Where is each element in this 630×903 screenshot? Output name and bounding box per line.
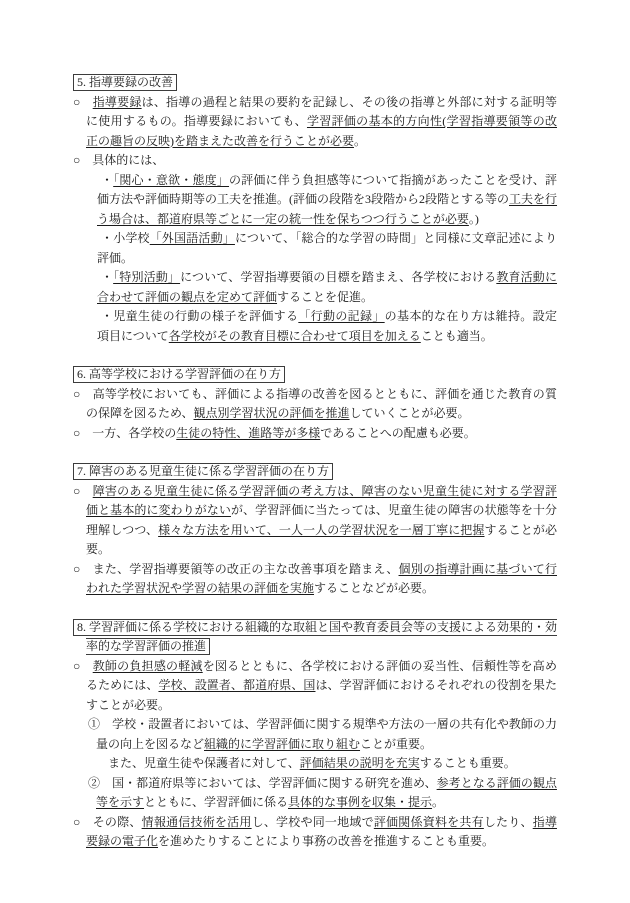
- paragraph: ○ その際、情報通信技術を活用し、学校や同一地域で評価関係資料を共有したり、指導…: [73, 813, 557, 852]
- paragraph: ○ また、学習指導要領等の改正の主な改善事項を踏まえ、個別の指導計画に基づいて行…: [73, 560, 557, 599]
- section-heading-row: 7. 障害のある児童生徒に係る学習評価の在り方: [73, 462, 557, 482]
- text-run: することも重要。: [420, 756, 516, 770]
- section-7: 7. 障害のある児童生徒に係る学習評価の在り方○ 障害のある児童生徒に係る学習評…: [73, 462, 557, 599]
- dot-marker: ・: [101, 309, 113, 323]
- paragraph: ○ 指導要録は、指導の過程と結果の要約を記録し、その後の指導と外部に対する証明等…: [73, 93, 557, 152]
- underlined-text: 学校、設置者、都道府県、国: [158, 678, 315, 692]
- document-page: { "page": { "background_color": "#ffffff…: [0, 0, 630, 903]
- circle-marker: ○: [73, 387, 93, 401]
- circle-marker: ○: [73, 153, 92, 167]
- paragraph: ・「特別活動」について、学習指導要領の目標を踏まえ、各学校における教育活動に合わ…: [73, 268, 557, 307]
- dot-marker: ・: [101, 173, 113, 187]
- underlined-text: 様々な方法を用いて、一人一人の学習状況を一層丁寧に把握: [158, 523, 484, 537]
- paragraph: また、児童生徒や保護者に対して、評価結果の説明を充実することも重要。: [73, 754, 557, 774]
- text-run: 児童生徒の行動の様子を評価する: [113, 309, 298, 323]
- paragraph: ○ 高等学校においても、評価による指導の改善を図るとともに、評価を通じた教育の質…: [73, 385, 557, 424]
- underlined-text: 各学校がその教育目標に合わせて項目を加える: [169, 329, 421, 343]
- circle-marker: ○: [73, 659, 93, 673]
- text-run: したり、: [484, 815, 533, 829]
- paragraph: ○ 具体的には、: [73, 151, 557, 171]
- number-marker: ①: [88, 717, 112, 731]
- text-run: であることへの配慮も必要。: [320, 426, 476, 440]
- text-run: とともに、学習評価に係る: [144, 795, 288, 809]
- section-heading: 6. 高等学校における学習評価の在り方: [73, 366, 285, 383]
- dot-marker: ・: [101, 231, 113, 245]
- paragraph: ・児童生徒の行動の様子を評価する「行動の記録」の基本的な在り方は維持。設定項目に…: [73, 307, 557, 346]
- paragraph: ○ 障害のある児童生徒に係る学習評価の考え方は、障害のない児童生徒に対する学習評…: [73, 482, 557, 560]
- dot-marker: ・: [101, 270, 113, 284]
- text-run: 。: [432, 795, 444, 809]
- text-run: ことが重要。: [360, 737, 432, 751]
- underlined-text: 「特別活動」: [113, 270, 180, 284]
- circle-marker: ○: [73, 95, 93, 109]
- section-heading: 5. 指導要録の改善: [73, 74, 177, 91]
- section-6: 6. 高等学校における学習評価の在り方○ 高等学校においても、評価による指導の改…: [73, 365, 557, 443]
- section-heading-row: 6. 高等学校における学習評価の在り方: [73, 365, 557, 385]
- paragraph: ・小学校「外国語活動」について、「総合的な学習の時間」と同様に文章記述により評価…: [73, 229, 557, 268]
- circle-marker: ○: [73, 562, 93, 576]
- circle-marker: ○: [73, 815, 93, 829]
- underlined-text: 観点別学習状況の評価を推進: [194, 406, 350, 420]
- text-run: し、学校や同一地域で: [252, 815, 374, 829]
- document-body: 5. 指導要録の改善○ 指導要録は、指導の過程と結果の要約を記録し、その後の指導…: [0, 0, 630, 903]
- circle-marker: ○: [73, 426, 92, 440]
- paragraph: ○ 一方、各学校の生徒の特性、進路等が多様であることへの配慮も必要。: [73, 424, 557, 444]
- text-run: 具体的には、: [92, 153, 164, 167]
- paragraph: ② 国・都道府県等においては、学習評価に関する研究を進め、参考となる評価の観点等…: [73, 774, 557, 813]
- underlined-text: 指導要録: [93, 95, 142, 109]
- text-run: していくことが必要。: [350, 406, 470, 420]
- underlined-text: 組織的に学習評価に取り組む: [204, 737, 360, 751]
- underlined-text: 生徒の特性、進路等が多様: [176, 426, 320, 440]
- number-marker: ②: [88, 776, 112, 790]
- section-heading: 8. 学習評価に係る学校における組織的な取組と国や教育委員会等の支援による効果的…: [73, 619, 557, 656]
- section-heading-row: 5. 指導要録の改善: [73, 73, 557, 93]
- text-run: その際、: [93, 815, 142, 829]
- text-run: また、児童生徒や保護者に対して、: [108, 756, 300, 770]
- underlined-text: 「外国語活動」: [150, 231, 235, 245]
- text-run: することを促進。: [277, 290, 373, 304]
- paragraph: ・「関心・意欲・態度」の評価に伴う負担感等について指摘があったことを受け、評価方…: [73, 171, 557, 230]
- underlined-text: 「行動の記録」: [298, 309, 384, 323]
- section-5: 5. 指導要録の改善○ 指導要録は、指導の過程と結果の要約を記録し、その後の指導…: [73, 73, 557, 346]
- text-run: 。): [469, 212, 479, 226]
- text-run: 。: [354, 134, 366, 148]
- text-run: することなどが必要。: [314, 581, 434, 595]
- text-run: また、学習指導要領等の改正の主な改善事項を踏まえ、: [93, 562, 399, 576]
- section-8: 8. 学習評価に係る学校における組織的な取組と国や教育委員会等の支援による効果的…: [73, 618, 557, 852]
- underlined-text: 評価関係資料を共有: [374, 815, 484, 829]
- text-run: 小学校: [113, 231, 150, 245]
- text-run: ことも適当。: [421, 329, 493, 343]
- paragraph: ○ 教師の負担感の軽減を図るとともに、各学校における評価の妥当性、信頼性等を高め…: [73, 657, 557, 716]
- section-heading-row: 8. 学習評価に係る学校における組織的な取組と国や教育委員会等の支援による効果的…: [73, 618, 557, 657]
- text-run: 国・都道府県等においては、学習評価に関する研究を進め、: [112, 776, 437, 790]
- underlined-text: 教師の負担感の軽減: [93, 659, 203, 673]
- section-heading: 7. 障害のある児童生徒に係る学習評価の在り方: [73, 463, 333, 480]
- underlined-text: 具体的な事例を収集・提示: [288, 795, 432, 809]
- circle-marker: ○: [73, 484, 93, 498]
- underlined-text: 評価結果の説明を充実: [300, 756, 420, 770]
- underlined-text: 情報通信技術を活用: [142, 815, 252, 829]
- text-run: を進めたりすることにより事務の改善を推進することも重要。: [158, 834, 494, 848]
- text-run: 一方、各学校の: [92, 426, 176, 440]
- text-run: について、学習指導要領の目標を踏まえ、各学校における: [180, 270, 496, 284]
- paragraph: ① 学校・設置者においては、学習評価に関する規準や方法の一層の共有化や教師の力量…: [73, 715, 557, 754]
- underlined-text: 「関心・意欲・態度」: [113, 173, 229, 187]
